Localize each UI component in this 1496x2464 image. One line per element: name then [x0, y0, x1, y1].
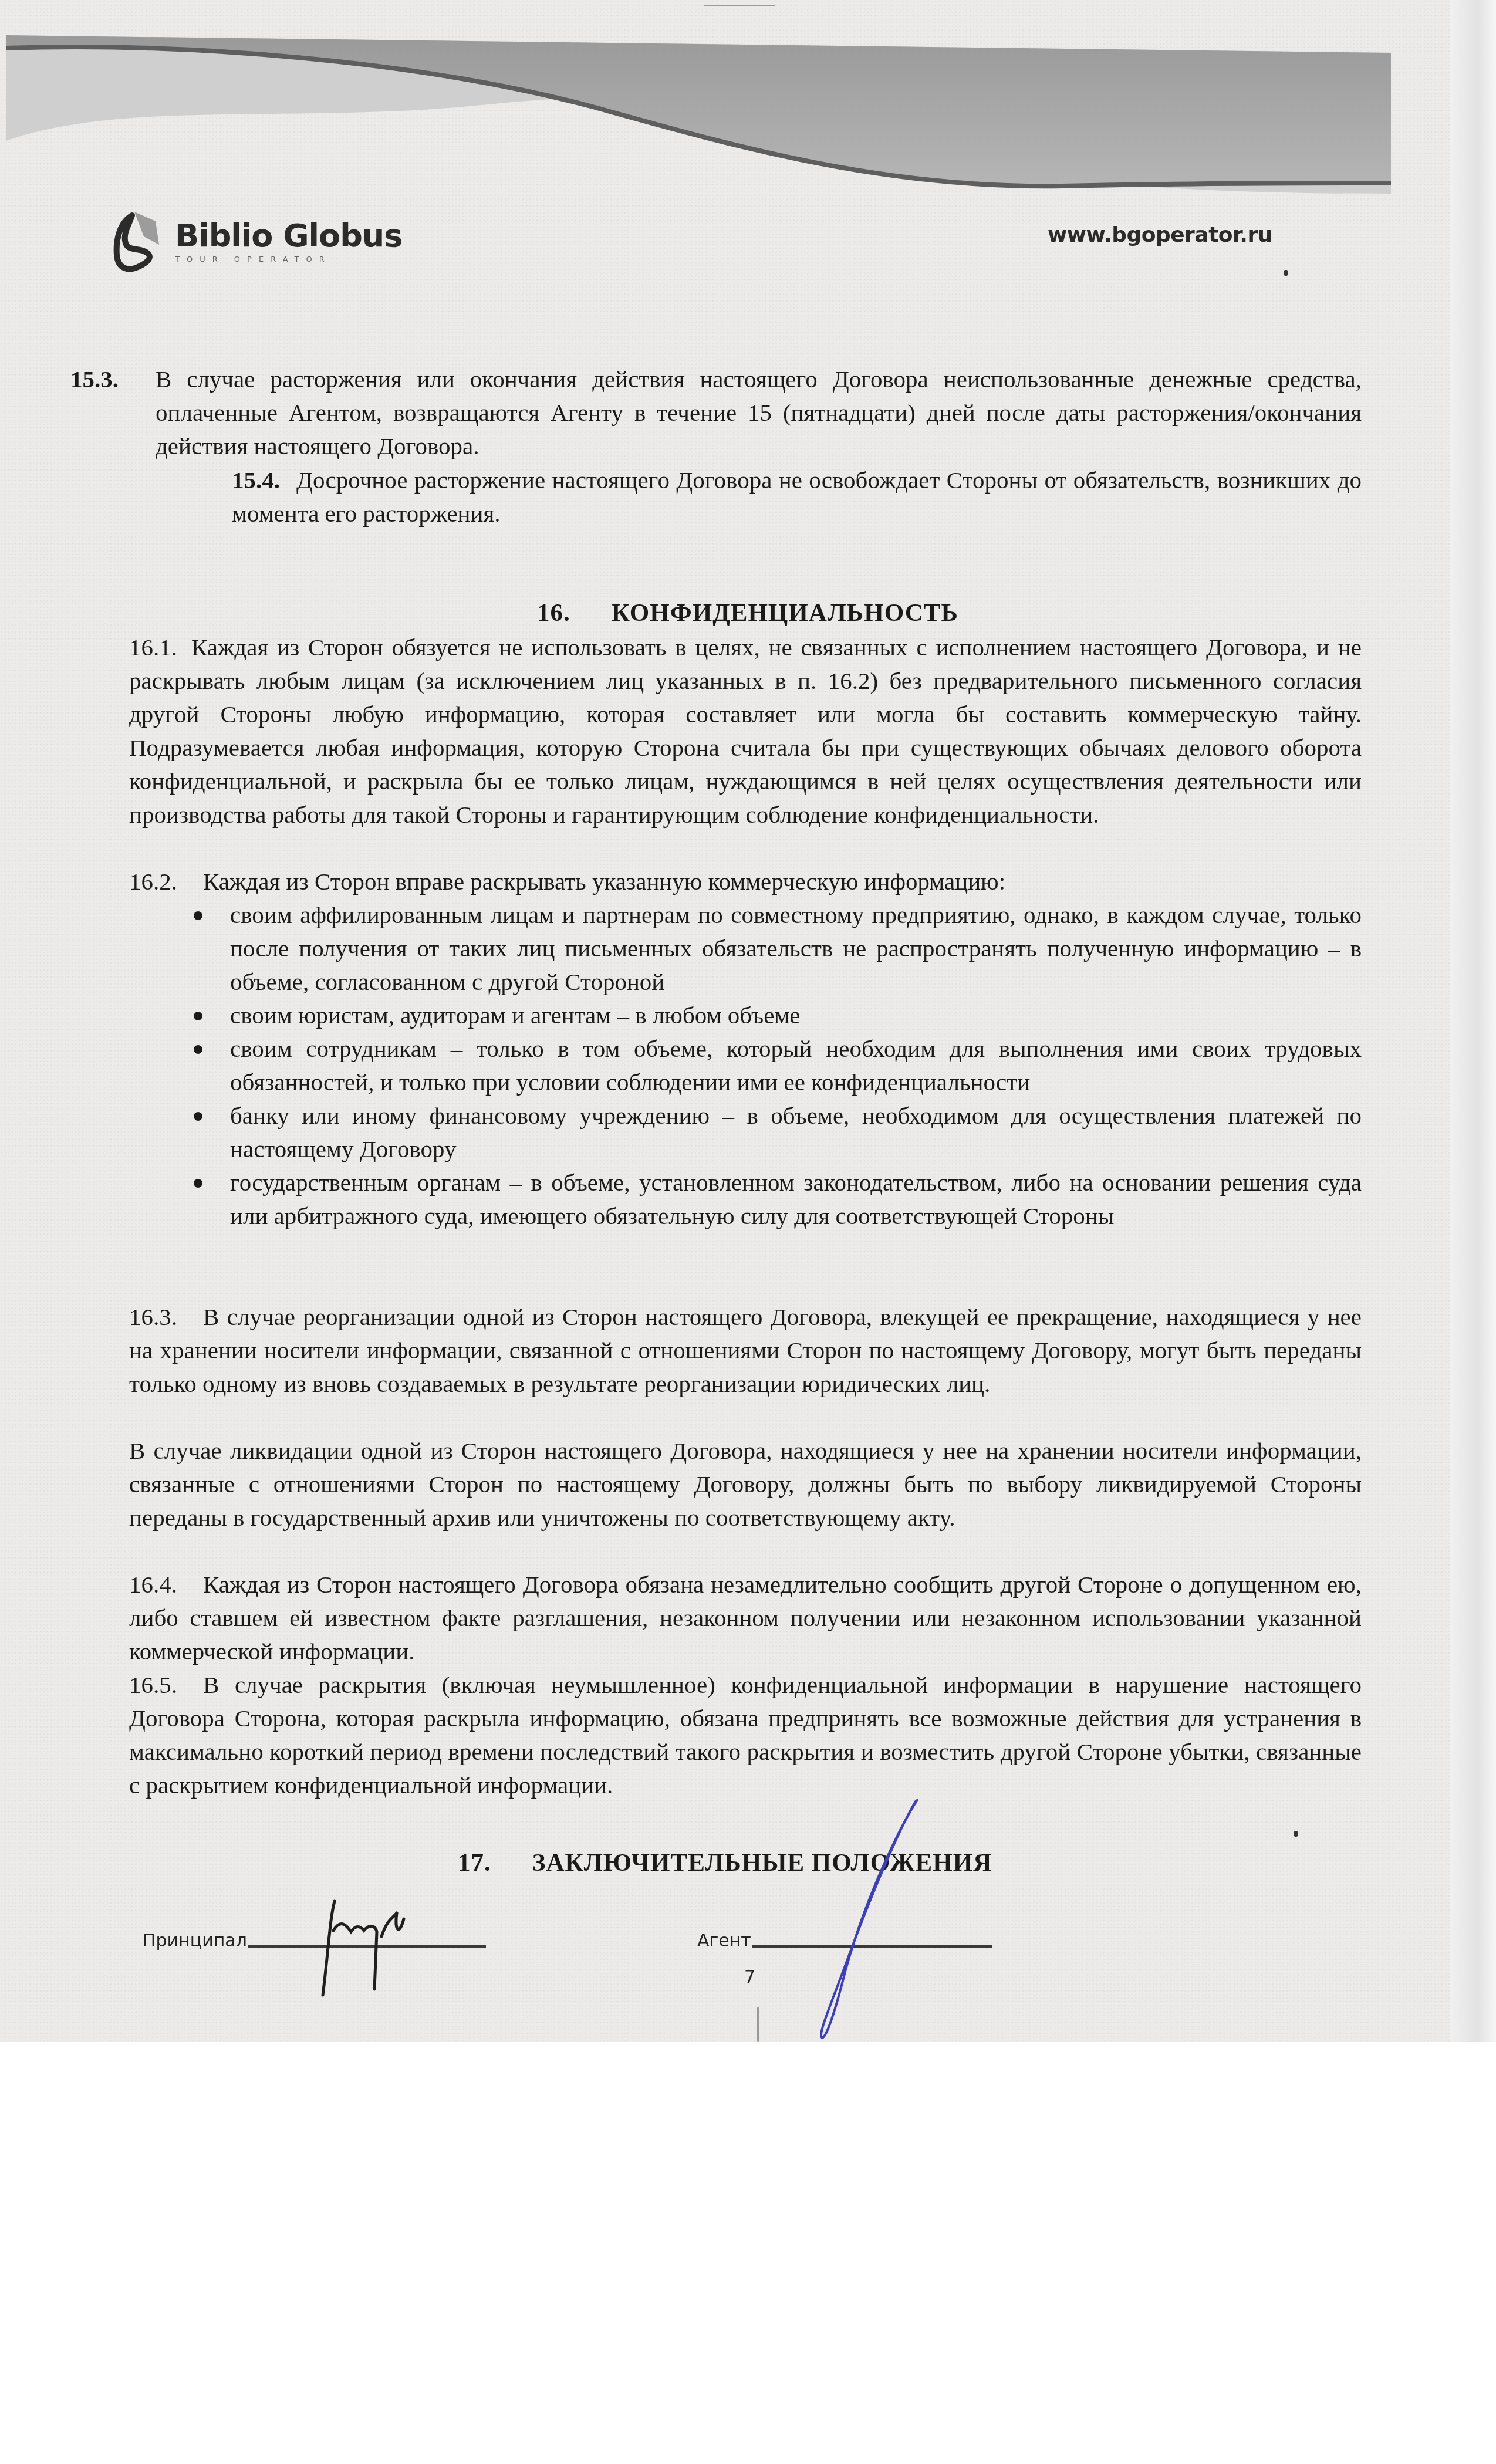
- clause-text: В случае раскрытия (включая неумышленное…: [129, 1671, 1362, 1799]
- clause-16-5: 16.5.В случае раскрытия (включая неумышл…: [129, 1668, 1362, 1802]
- clause-16-2: 16.2.Каждая из Сторон вправе раскрывать …: [129, 865, 1362, 898]
- biblio-globus-logo-icon: [109, 208, 164, 276]
- clause-number: 15.3.: [70, 363, 119, 396]
- clause-number: 15.4.: [232, 467, 280, 494]
- scan-artifact: [1284, 270, 1288, 276]
- list-item: своим аффилированным лицам и партнерам п…: [176, 898, 1362, 999]
- bullet-icon: [194, 911, 202, 920]
- bullet-icon: [194, 1179, 202, 1188]
- header-wave-band: [6, 35, 1391, 194]
- scan-artifact: [757, 2007, 759, 2042]
- list-item: государственным органам – в объеме, уста…: [176, 1166, 1362, 1233]
- agent-label: Агент: [697, 1931, 751, 1951]
- company-name: Biblio Globus: [175, 220, 402, 252]
- clause-15-4: 15.4.Досрочное расторжение настоящего До…: [232, 464, 1362, 530]
- scan-artifact: [1294, 1831, 1298, 1837]
- clause-number: 16.1.: [129, 634, 177, 661]
- clause-16-3-liquidation: В случае ликвидации одной из Сторон наст…: [129, 1434, 1362, 1534]
- section-title: КОНФИДЕНЦИАЛЬНОСТЬ: [612, 599, 958, 627]
- list-item: своим юристам, аудиторам и агентам – в л…: [176, 999, 1362, 1032]
- clause-text: В случае расторжения или окончания дейст…: [156, 366, 1362, 459]
- website-url: www.bgoperator.ru: [1048, 223, 1272, 247]
- section-number: 16.: [537, 599, 570, 627]
- clause-number: 16.2.: [129, 868, 177, 895]
- clause-text: Досрочное расторжение настоящего Договор…: [232, 467, 1362, 527]
- section-16-heading: 16.КОНФИДЕНЦИАЛЬНОСТЬ: [537, 599, 958, 627]
- bullet-icon: [194, 1012, 202, 1020]
- principal-signature-icon: [299, 1895, 452, 2001]
- clause-text: В случае реорганизации одной из Сторон н…: [129, 1303, 1362, 1397]
- clause-text: Каждая из Сторон вправе раскрывать указа…: [203, 868, 1005, 895]
- clause-text: В случае ликвидации одной из Сторон наст…: [129, 1437, 1362, 1531]
- clause-15-3: 15.3. В случае расторжения или окончания…: [70, 363, 1362, 463]
- list-item: своим сотрудникам – только в том объеме,…: [176, 1032, 1362, 1099]
- clause-number: 16.4.: [129, 1571, 177, 1598]
- clause-16-1: 16.1.Каждая из Сторон обязуется не испол…: [129, 631, 1362, 832]
- bullet-icon: [194, 1112, 202, 1121]
- clause-16-4: 16.4.Каждая из Сторон настоящего Договор…: [129, 1568, 1362, 1668]
- clause-number: 16.5.: [129, 1671, 177, 1698]
- agent-signature-icon: [781, 1796, 933, 2042]
- company-tagline: TOUR OPERATOR: [175, 255, 402, 264]
- clause-text: Каждая из Сторон настоящего Договора обя…: [129, 1571, 1362, 1665]
- scan-edge: [1450, 0, 1496, 2042]
- page-number: 7: [744, 1967, 755, 1988]
- principal-label: Принципал: [143, 1931, 247, 1951]
- list-item: банку или иному финансовому учреждению –…: [176, 1099, 1362, 1166]
- clause-16-3: 16.3.В случае реорганизации одной из Сто…: [129, 1300, 1362, 1401]
- bullet-icon: [194, 1045, 202, 1054]
- scan-artifact: [704, 5, 775, 6]
- section-number: 17.: [458, 1849, 491, 1877]
- clause-text: Каждая из Сторон обязуется не использова…: [129, 634, 1362, 828]
- company-logo: Biblio Globus TOUR OPERATOR: [109, 207, 402, 277]
- disclosure-list: своим аффилированным лицам и партнерам п…: [176, 898, 1362, 1233]
- clause-number: 16.3.: [129, 1303, 177, 1330]
